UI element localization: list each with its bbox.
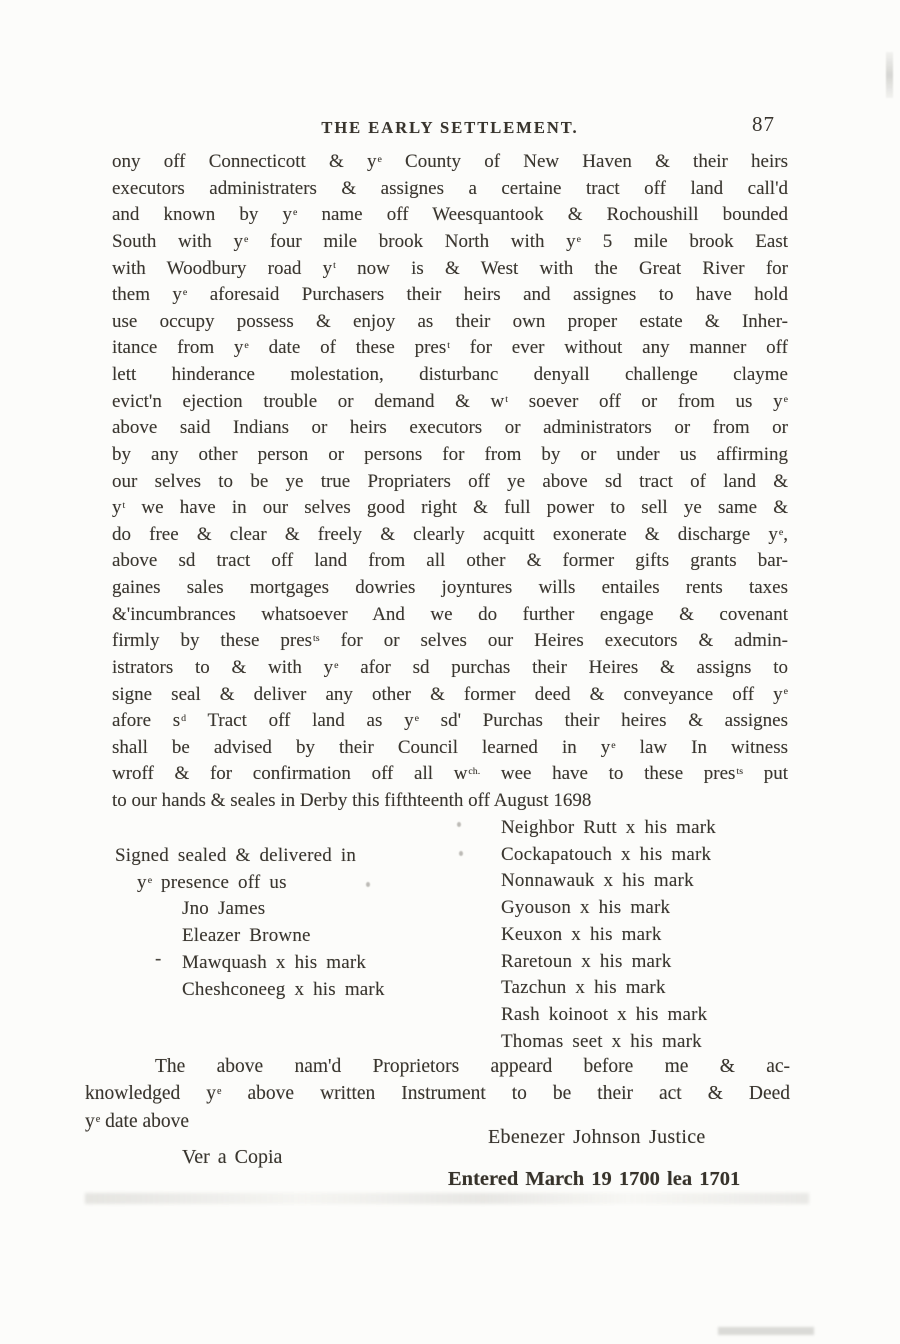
witness-line: Mawquash x his mark xyxy=(115,950,475,977)
body-text-line: to our hands & seales in Derby this fift… xyxy=(112,788,788,815)
body-text-line: signe seal & deliver any other & former … xyxy=(112,682,788,709)
signer-mark-line: Thomas seet x his mark xyxy=(501,1029,821,1056)
book-page-scan: THE EARLY SETTLEMENT. 87 ony off Connect… xyxy=(0,0,900,1344)
vera-copia-note: Ver a Copia xyxy=(182,1146,282,1169)
body-text-line: itance from ye date of these prest for e… xyxy=(112,335,788,362)
witness-line: Jno James xyxy=(115,896,475,923)
record-entry-date: Entered March 19 1700 lea 1701 xyxy=(448,1168,740,1191)
witness-line: Signed sealed & delivered in xyxy=(115,843,475,870)
signer-mark-line: Keuxon x his mark xyxy=(501,922,821,949)
body-text-line: istrators to & with ye afor sd purchas t… xyxy=(112,655,788,682)
scan-artifact-right-edge xyxy=(886,52,893,98)
signer-mark-line: Raretoun x his mark xyxy=(501,949,821,976)
body-text-line: lett hinderance molestation, disturbanc … xyxy=(112,362,788,389)
body-text-line: shall be advised by their Council learne… xyxy=(112,735,788,762)
body-text-line: by any other person or persons for from … xyxy=(112,442,788,469)
witness-line: ye presence off us xyxy=(115,870,475,897)
body-text-line: &'incumbrances whatsoever And we do furt… xyxy=(112,602,788,629)
signer-mark-line: Neighbor Rutt x his mark xyxy=(501,815,821,842)
body-text-line: South with ye four mile brook North with… xyxy=(112,229,788,256)
witness-line: Eleazer Browne xyxy=(115,923,475,950)
body-text-line: wroff & for confirmation off all wch. we… xyxy=(112,761,788,788)
body-text-line: our selves to be ye true Propriaters off… xyxy=(112,469,788,496)
signer-mark-line: Nonnawauk x his mark xyxy=(501,868,821,895)
page-header-title: THE EARLY SETTLEMENT. xyxy=(112,118,788,138)
body-text-line: yt we have in our selves good right & fu… xyxy=(112,495,788,522)
body-text-line: them ye aforesaid Purchasers their heirs… xyxy=(112,282,788,309)
body-text-line: afore sd Tract off land as ye sd' Purcha… xyxy=(112,708,788,735)
signers-mark-column: Neighbor Rutt x his markCockapatouch x h… xyxy=(501,815,821,1055)
body-text-line: executors administraters & assignes a ce… xyxy=(112,176,788,203)
signer-mark-line: Rash koinoot x his mark xyxy=(501,1002,821,1029)
acknowledgment-text: The above nam'd Proprietors appeard befo… xyxy=(85,1053,790,1135)
witness-signature-column: Signed sealed & delivered inye presence … xyxy=(115,843,475,1003)
scan-artifact-bottom-right xyxy=(718,1327,814,1335)
body-text-line: above said Indians or heirs executors or… xyxy=(112,415,788,442)
mawquash-dash-marker: - xyxy=(155,948,161,970)
body-text-line: firmly by these prests for or selves our… xyxy=(112,628,788,655)
body-text-line: use occupy possess & enjoy as their own … xyxy=(112,309,788,336)
scan-artifact-bottom-band xyxy=(85,1193,809,1204)
body-text-line: ony off Connecticott & ye County of New … xyxy=(112,149,788,176)
signer-mark-line: Tazchun x his mark xyxy=(501,975,821,1002)
signer-mark-line: Cockapatouch x his mark xyxy=(501,842,821,869)
body-text-line: above sd tract off land from all other &… xyxy=(112,548,788,575)
body-text-line: evict'n ejection trouble or demand & wt … xyxy=(112,389,788,416)
witness-line: Cheshconeeg x his mark xyxy=(115,977,475,1004)
acknowledgment-line: knowledged ye above written Instrument t… xyxy=(85,1080,790,1107)
body-text-line: gaines sales mortgages dowries joyntures… xyxy=(112,575,788,602)
page-number: 87 xyxy=(752,112,775,137)
signer-mark-line: Gyouson x his mark xyxy=(501,895,821,922)
body-text-line: do free & clear & freely & clearly acqui… xyxy=(112,522,788,549)
acknowledgment-line: The above nam'd Proprietors appeard befo… xyxy=(85,1053,790,1080)
body-text-line: with Woodbury road yt now is & West with… xyxy=(112,256,788,283)
justice-signature: Ebenezer Johnson Justice xyxy=(488,1126,706,1149)
body-text-line: and known by ye name off Weesquantook & … xyxy=(112,202,788,229)
deed-body-text: ony off Connecticott & ye County of New … xyxy=(112,149,788,815)
scan-speck xyxy=(457,822,461,827)
